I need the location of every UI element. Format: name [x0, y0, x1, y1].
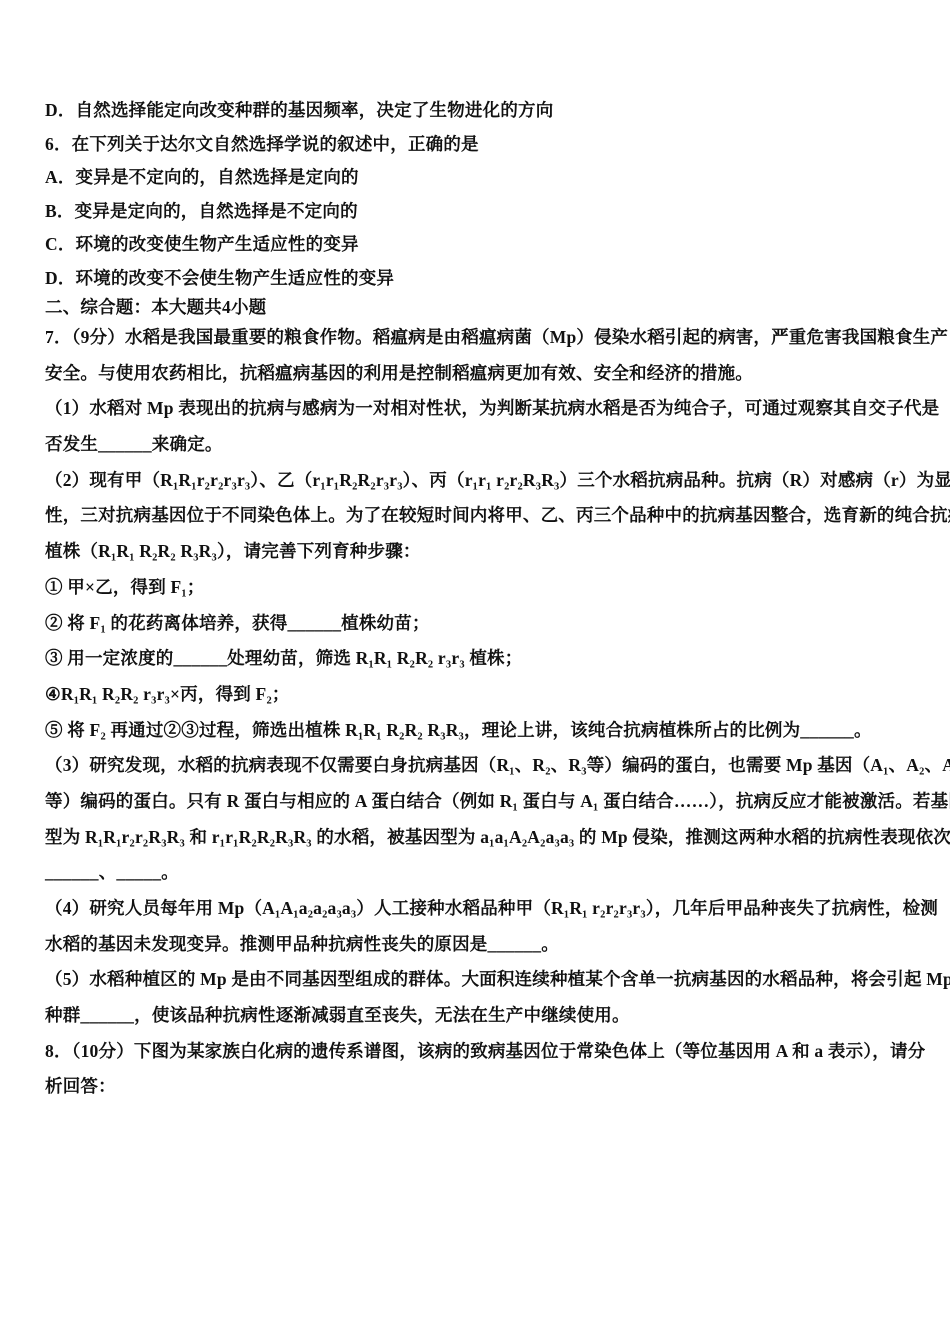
text-line-3: A．变异是不定向的，自然选择是定向的	[45, 161, 910, 195]
text-line-21: 等）编码的蛋白。只有 R 蛋白与相应的 A 蛋白结合（例如 R₁ 蛋白与 A₁ …	[45, 784, 910, 820]
text-line-4: B．变异是定向的，自然选择是不定向的	[45, 195, 910, 229]
text-line-5: C．环境的改变使生物产生适应性的变异	[45, 228, 910, 262]
text-line-1: D．自然选择能定向改变种群的基因频率，决定了生物进化的方向	[45, 94, 910, 128]
text-line-29: 析回答：	[45, 1069, 910, 1105]
text-line-6: D．环境的改变不会使生物产生适应性的变异	[45, 262, 910, 296]
text-line-12: （2）现有甲（R₁R₁r₂r₂r₃r₃）、乙（r₁r₁R₂R₂r₃r₃）、丙（r…	[45, 463, 910, 499]
text-line-28: 8．（10分）下图为某家族白化病的遗传系谱图，该病的致病基因位于常染色体上（等位…	[45, 1034, 910, 1070]
text-line-25: 水稻的基因未发现变异。推测甲品种抗病性丧失的原因是______。	[45, 927, 910, 963]
exam-page: D．自然选择能定向改变种群的基因频率，决定了生物进化的方向6．在下列关于达尔文自…	[45, 94, 910, 1105]
text-line-22: 型为 R₁R₁r₂r₂R₃R₃ 和 r₁r₁R₂R₂R₃R₃ 的水稻，被基因型为…	[45, 820, 910, 856]
text-line-15: ① 甲×乙，得到 F₁；	[45, 570, 910, 606]
text-line-26: （5）水稻种植区的 Mp 是由不同基因型组成的群体。大面积连续种植某个含单一抗病…	[45, 962, 910, 998]
text-line-14: 植株（R₁R₁ R₂R₂ R₃R₃），请完善下列育种步骤：	[45, 534, 910, 570]
text-line-17: ③ 用一定浓度的______处理幼苗，筛选 R₁R₁ R₂R₂ r₃r₃ 植株；	[45, 641, 910, 677]
text-line-23: ______、_____。	[45, 855, 910, 891]
text-line-8: 7．（9分）水稻是我国最重要的粮食作物。稻瘟病是由稻瘟病菌（Mp）侵染水稻引起的…	[45, 320, 910, 356]
text-line-11: 否发生______来确定。	[45, 427, 910, 463]
text-line-13: 性，三对抗病基因位于不同染色体上。为了在较短时间内将甲、乙、丙三个品种中的抗病基…	[45, 498, 910, 534]
text-line-19: ⑤ 将 F₂ 再通过②③过程，筛选出植株 R₁R₁ R₂R₂ R₃R₃，理论上讲…	[45, 713, 910, 749]
text-line-2: 6．在下列关于达尔文自然选择学说的叙述中，正确的是	[45, 128, 910, 162]
text-line-10: （1）水稻对 Mp 表现出的抗病与感病为一对相对性状，为判断某抗病水稻是否为纯合…	[45, 391, 910, 427]
text-line-16: ② 将 F₁ 的花药离体培养，获得______植株幼苗；	[45, 606, 910, 642]
text-line-27: 种群______，使该品种抗病性逐渐减弱直至丧失，无法在生产中继续使用。	[45, 998, 910, 1034]
text-line-24: （4）研究人员每年用 Mp（A₁A₁a₂a₂a₃a₃）人工接种水稻品种甲（R₁R…	[45, 891, 910, 927]
text-line-20: （3）研究发现，水稻的抗病表现不仅需要白身抗病基因（R₁、R₂、R₃等）编码的蛋…	[45, 748, 910, 784]
text-line-7: 二、综合题：本大题共4小题	[45, 295, 910, 320]
text-line-18: ④R₁R₁ R₂R₂ r₃r₃×丙，得到 F₂；	[45, 677, 910, 713]
text-line-9: 安全。与使用农药相比，抗稻瘟病基因的利用是控制稻瘟病更加有效、安全和经济的措施。	[45, 356, 910, 392]
